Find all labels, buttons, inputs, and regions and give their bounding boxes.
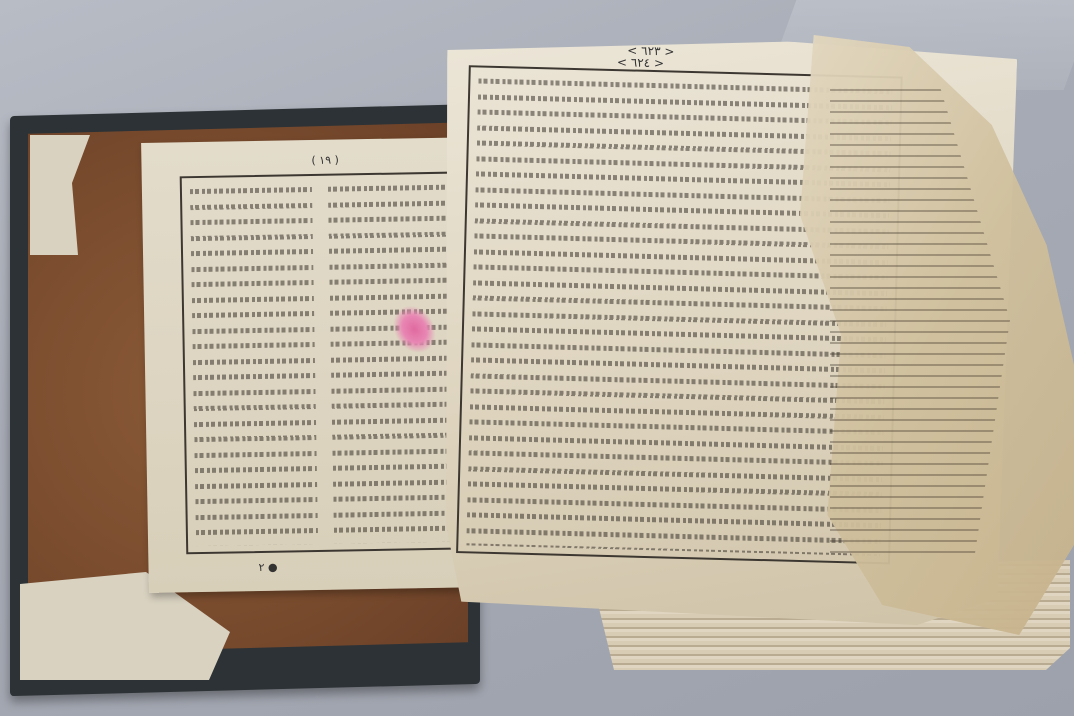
text-column (324, 180, 460, 544)
page-number-top: ( ١٩ ) (311, 154, 339, 167)
page-number-bottom: ٢ ● (258, 561, 277, 574)
header-number: < ٦٢٤ > (617, 55, 664, 70)
text-frame (180, 171, 469, 554)
text-column (186, 182, 322, 546)
left-page: ( ١٩ ) ٢ ● (141, 137, 489, 593)
